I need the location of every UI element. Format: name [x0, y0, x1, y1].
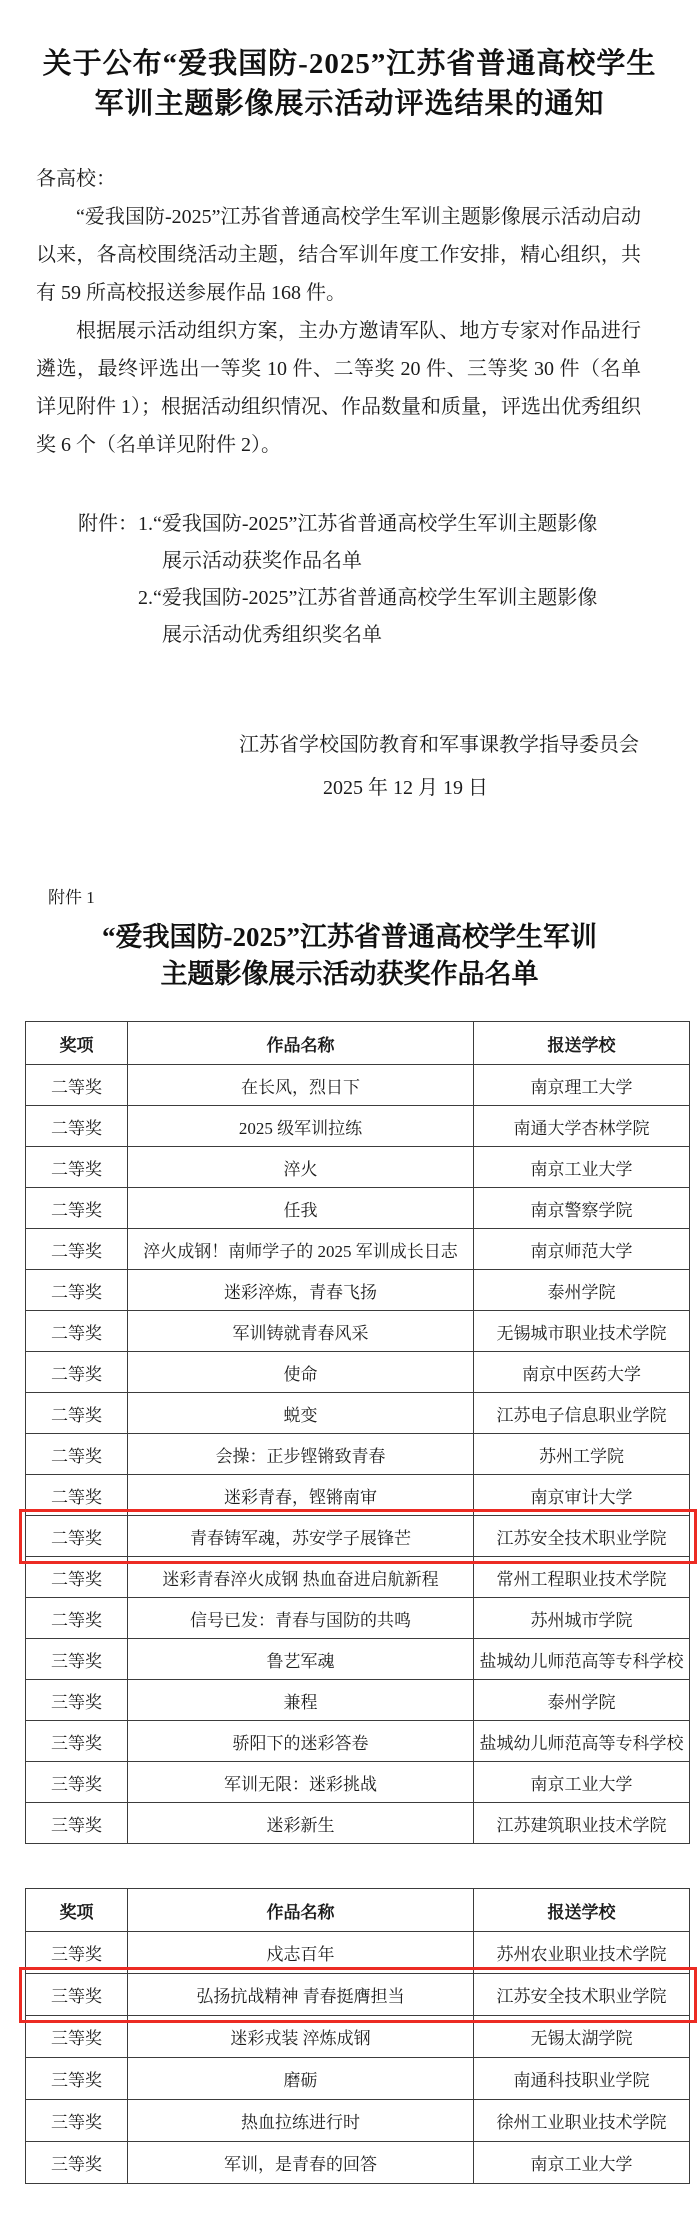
appendix-title-line-2: 主题影像展示活动获奖作品名单	[0, 956, 699, 993]
work-title-cell: 任我	[128, 1188, 474, 1229]
award-cell: 二等奖	[26, 1557, 128, 1598]
table-row: 二等奖 2025 级军训拉练 南通大学杏林学院	[26, 1106, 690, 1147]
work-title-cell: 使命	[128, 1352, 474, 1393]
doc-title-line-1: 关于公布“爱我国防-2025”江苏省普通高校学生	[0, 44, 699, 84]
award-cell: 三等奖	[26, 2058, 128, 2100]
attachment-line: 附件：1.“爱我国防-2025”江苏省普通高校学生军训主题影像	[0, 506, 699, 543]
school-cell: 盐城幼儿师范高等专科学校	[474, 1721, 690, 1762]
work-title-cell: 蜕变	[128, 1393, 474, 1434]
table-row: 二等奖 迷彩青春，铿锵南审 南京审计大学	[26, 1475, 690, 1516]
school-cell: 南京工业大学	[474, 1147, 690, 1188]
award-cell: 三等奖	[26, 1803, 128, 1844]
award-cell: 三等奖	[26, 2100, 128, 2142]
attachment-line: 展示活动优秀组织奖名单	[0, 617, 699, 654]
table-row: 二等奖 在长风，烈日下 南京理工大学	[26, 1065, 690, 1106]
header-work-title: 作品名称	[128, 1889, 474, 1932]
table-row: 三等奖 弘扬抗战精神 青春挺膺担当 江苏安全技术职业学院	[26, 1974, 690, 2016]
work-title-cell: 军训，是青春的回答	[128, 2142, 474, 2184]
attachment-line: 展示活动获奖作品名单	[0, 543, 699, 580]
school-cell: 苏州城市学院	[474, 1598, 690, 1639]
header-school: 报送学校	[474, 1022, 690, 1065]
school-cell: 徐州工业职业技术学院	[474, 2100, 690, 2142]
school-cell: 江苏安全技术职业学院	[474, 1974, 690, 2016]
award-cell: 三等奖	[26, 1932, 128, 1974]
award-cell: 三等奖	[26, 2142, 128, 2184]
school-cell: 南京警察学院	[474, 1188, 690, 1229]
school-cell: 南京师范大学	[474, 1229, 690, 1270]
work-title-cell: 会操：正步铿锵致青春	[128, 1434, 474, 1475]
date: 2025 年 12 月 19 日	[56, 775, 699, 801]
award-cell: 三等奖	[26, 1721, 128, 1762]
signature: 江苏省学校国防教育和军事课教学指导委员会	[0, 732, 699, 758]
school-cell: 南京审计大学	[474, 1475, 690, 1516]
work-title-cell: 磨砺	[128, 2058, 474, 2100]
work-title-cell: 青春铸军魂，苏安学子展锋芒	[128, 1516, 474, 1557]
doc-title: 关于公布“爱我国防-2025”江苏省普通高校学生 军训主题影像展示活动评选结果的…	[0, 0, 699, 124]
work-title-cell: 2025 级军训拉练	[128, 1106, 474, 1147]
school-cell: 无锡城市职业技术学院	[474, 1311, 690, 1352]
work-title-cell: 迷彩青春，铿锵南审	[128, 1475, 474, 1516]
table-row: 三等奖 军训无限：迷彩挑战 南京工业大学	[26, 1762, 690, 1803]
appendix-title: “爱我国防-2025”江苏省普通高校学生军训 主题影像展示活动获奖作品名单	[0, 919, 699, 993]
table-row: 三等奖 戍志百年 苏州农业职业技术学院	[26, 1932, 690, 1974]
award-cell: 二等奖	[26, 1270, 128, 1311]
awards-table-1: 奖项 作品名称 报送学校 二等奖 在长风，烈日下 南京理工大学 二等奖 2025…	[25, 1021, 690, 1844]
doc-title-line-2: 军训主题影像展示活动评选结果的通知	[0, 84, 699, 124]
award-cell: 二等奖	[26, 1147, 128, 1188]
school-cell: 无锡太湖学院	[474, 2016, 690, 2058]
work-title-cell: 骄阳下的迷彩答卷	[128, 1721, 474, 1762]
work-title-cell: 军训无限：迷彩挑战	[128, 1762, 474, 1803]
award-cell: 三等奖	[26, 1639, 128, 1680]
attachments-list: 附件：1.“爱我国防-2025”江苏省普通高校学生军训主题影像 展示活动获奖作品…	[0, 506, 699, 654]
school-cell: 江苏电子信息职业学院	[474, 1393, 690, 1434]
school-cell: 江苏建筑职业技术学院	[474, 1803, 690, 1844]
table-row: 二等奖 信号已发：青春与国防的共鸣 苏州城市学院	[26, 1598, 690, 1639]
table-header-row: 奖项 作品名称 报送学校	[26, 1889, 690, 1932]
awards-table-2: 奖项 作品名称 报送学校 三等奖 戍志百年 苏州农业职业技术学院 三等奖 弘扬抗…	[25, 1888, 690, 2184]
school-cell: 苏州工学院	[474, 1434, 690, 1475]
school-cell: 南京工业大学	[474, 2142, 690, 2184]
table-row: 三等奖 迷彩新生 江苏建筑职业技术学院	[26, 1803, 690, 1844]
school-cell: 南通科技职业学院	[474, 2058, 690, 2100]
award-cell: 三等奖	[26, 1762, 128, 1803]
work-title-cell: 戍志百年	[128, 1932, 474, 1974]
header-school: 报送学校	[474, 1889, 690, 1932]
table-row: 三等奖 骄阳下的迷彩答卷 盐城幼儿师范高等专科学校	[26, 1721, 690, 1762]
work-title-cell: 迷彩淬炼，青春飞扬	[128, 1270, 474, 1311]
header-award: 奖项	[26, 1022, 128, 1065]
award-cell: 三等奖	[26, 2016, 128, 2058]
school-cell: 江苏安全技术职业学院	[474, 1516, 690, 1557]
table-row: 二等奖 军训铸就青春风采 无锡城市职业技术学院	[26, 1311, 690, 1352]
table-row: 二等奖 迷彩青春淬火成钢 热血奋进启航新程 常州工程职业技术学院	[26, 1557, 690, 1598]
table-row: 二等奖 迷彩淬炼，青春飞扬 泰州学院	[26, 1270, 690, 1311]
award-cell: 三等奖	[26, 1680, 128, 1721]
table-row: 二等奖 蜕变 江苏电子信息职业学院	[26, 1393, 690, 1434]
table-row: 二等奖 使命 南京中医药大学	[26, 1352, 690, 1393]
work-title-cell: 军训铸就青春风采	[128, 1311, 474, 1352]
appendix-label: 附件 1	[48, 887, 699, 909]
award-cell: 二等奖	[26, 1065, 128, 1106]
table-row: 二等奖 任我 南京警察学院	[26, 1188, 690, 1229]
award-cell: 二等奖	[26, 1598, 128, 1639]
work-title-cell: 迷彩青春淬火成钢 热血奋进启航新程	[128, 1557, 474, 1598]
table-row: 三等奖 兼程 泰州学院	[26, 1680, 690, 1721]
school-cell: 南京工业大学	[474, 1762, 690, 1803]
award-cell: 二等奖	[26, 1475, 128, 1516]
school-cell: 南京理工大学	[474, 1065, 690, 1106]
award-cell: 二等奖	[26, 1393, 128, 1434]
table-row: 三等奖 鲁艺军魂 盐城幼儿师范高等专科学校	[26, 1639, 690, 1680]
work-title-cell: 在长风，烈日下	[128, 1065, 474, 1106]
school-cell: 常州工程职业技术学院	[474, 1557, 690, 1598]
school-cell: 南通大学杏林学院	[474, 1106, 690, 1147]
table-header-row: 奖项 作品名称 报送学校	[26, 1022, 690, 1065]
table-row: 三等奖 磨砺 南通科技职业学院	[26, 2058, 690, 2100]
paragraph-1: “爱我国防-2025”江苏省普通高校学生军训主题影像展示活动启动以来，各高校围绕…	[36, 198, 641, 312]
work-title-cell: 迷彩戎装 淬炼成钢	[128, 2016, 474, 2058]
paragraph-2: 根据展示活动组织方案，主办方邀请军队、地方专家对作品进行遴选，最终评选出一等奖 …	[36, 312, 641, 464]
work-title-cell: 信号已发：青春与国防的共鸣	[128, 1598, 474, 1639]
award-cell: 二等奖	[26, 1106, 128, 1147]
table-row: 三等奖 热血拉练进行时 徐州工业职业技术学院	[26, 2100, 690, 2142]
work-title-cell: 淬火成钢！南师学子的 2025 军训成长日志	[128, 1229, 474, 1270]
award-cell: 二等奖	[26, 1229, 128, 1270]
work-title-cell: 热血拉练进行时	[128, 2100, 474, 2142]
award-cell: 二等奖	[26, 1434, 128, 1475]
table-row: 二等奖 青春铸军魂，苏安学子展锋芒 江苏安全技术职业学院	[26, 1516, 690, 1557]
award-cell: 二等奖	[26, 1516, 128, 1557]
work-title-cell: 兼程	[128, 1680, 474, 1721]
award-cell: 二等奖	[26, 1188, 128, 1229]
work-title-cell: 弘扬抗战精神 青春挺膺担当	[128, 1974, 474, 2016]
work-title-cell: 迷彩新生	[128, 1803, 474, 1844]
salutation: 各高校：	[36, 160, 641, 198]
school-cell: 南京中医药大学	[474, 1352, 690, 1393]
table-row: 二等奖 淬火成钢！南师学子的 2025 军训成长日志 南京师范大学	[26, 1229, 690, 1270]
attachment-line: 2.“爱我国防-2025”江苏省普通高校学生军训主题影像	[0, 580, 699, 617]
school-cell: 苏州农业职业技术学院	[474, 1932, 690, 1974]
table-row: 二等奖 淬火 南京工业大学	[26, 1147, 690, 1188]
appendix-title-line-1: “爱我国防-2025”江苏省普通高校学生军训	[0, 919, 699, 956]
school-cell: 泰州学院	[474, 1270, 690, 1311]
award-cell: 二等奖	[26, 1352, 128, 1393]
table-row: 二等奖 会操：正步铿锵致青春 苏州工学院	[26, 1434, 690, 1475]
table-row: 三等奖 军训，是青春的回答 南京工业大学	[26, 2142, 690, 2184]
header-award: 奖项	[26, 1889, 128, 1932]
header-work-title: 作品名称	[128, 1022, 474, 1065]
school-cell: 泰州学院	[474, 1680, 690, 1721]
award-cell: 二等奖	[26, 1311, 128, 1352]
work-title-cell: 淬火	[128, 1147, 474, 1188]
work-title-cell: 鲁艺军魂	[128, 1639, 474, 1680]
school-cell: 盐城幼儿师范高等专科学校	[474, 1639, 690, 1680]
award-cell: 三等奖	[26, 1974, 128, 2016]
document-page: 关于公布“爱我国防-2025”江苏省普通高校学生 军训主题影像展示活动评选结果的…	[0, 0, 699, 2235]
table-row: 三等奖 迷彩戎装 淬炼成钢 无锡太湖学院	[26, 2016, 690, 2058]
